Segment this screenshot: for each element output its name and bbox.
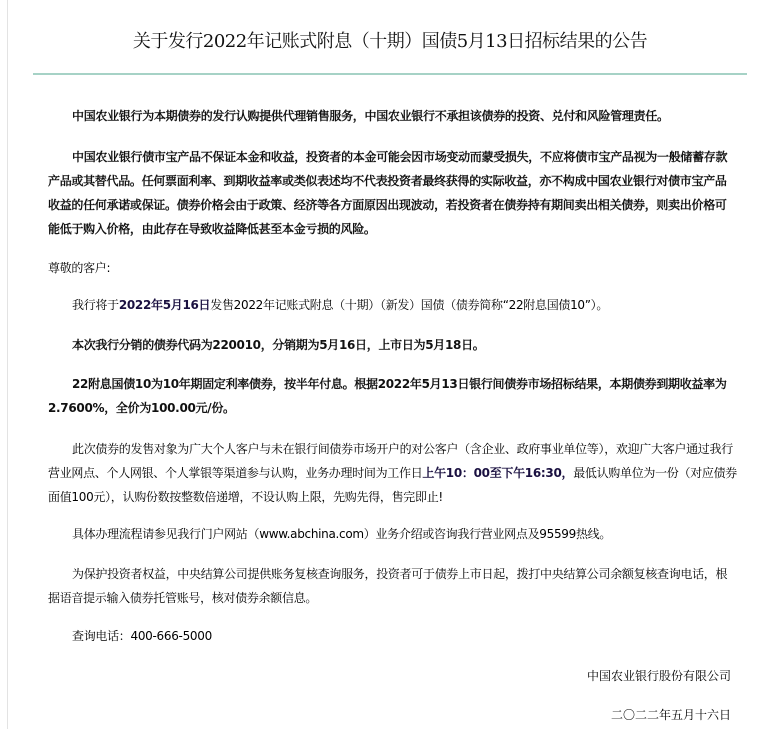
disclaimer-agency: 中国农业银行为本期债券的发行认购提供代理销售服务，中国农业银行不承担该债券的投资… xyxy=(72,104,752,128)
para-target: 此次债券的发售对象为广大个人客户与未在银行间债券市场开户的对公客户（含企业、政府… xyxy=(48,437,738,509)
para-bond-code: 本次我行分销的债券代码为220010，分销期为5月16日，上市日为5月18日。 xyxy=(48,333,738,357)
para-issue: 我行将于2022年5月16日发售2022年记账式附息（十期）（新发）国债（债券简… xyxy=(48,293,738,317)
salutation: 尊敬的客户: xyxy=(48,256,738,280)
page-title: 关于发行2022年记账式附息（十期）国债5月13日招标结果的公告 xyxy=(0,30,768,54)
issue-suffix: 发售2022年记账式附息（十期）（新发）国债（债券简称“22附息国债10”）。 xyxy=(210,298,608,312)
title-divider xyxy=(33,73,747,75)
para-rate: 22附息国债10为10年期固定利率债券，按半年付息。根据2022年5月13日银行… xyxy=(48,372,738,420)
issue-prefix: 我行将于 xyxy=(72,298,119,312)
disclaimer-risk: 中国农业银行债市宝产品不保证本金和收益，投资者的本金可能会因市场变动而蒙受损失，… xyxy=(48,145,738,241)
signature-date: 二〇二二年五月十六日 xyxy=(611,703,731,727)
business-hours: 上午10：00至下午16:30， xyxy=(422,466,573,480)
left-border xyxy=(7,0,8,729)
para-protect: 为保护投资者权益，中央结算公司提供账务复核查询服务，投资者可于债券上市日起，拨打… xyxy=(48,562,738,610)
issue-date: 2022年5月16日 xyxy=(119,298,210,312)
para-website: 具体办理流程请参见我行门户网站（www.abchina.com）业务介绍或咨询我… xyxy=(48,522,738,546)
signature-company: 中国农业银行股份有限公司 xyxy=(587,664,731,688)
inquiry-phone: 查询电话：400-666-5000 xyxy=(48,624,738,648)
